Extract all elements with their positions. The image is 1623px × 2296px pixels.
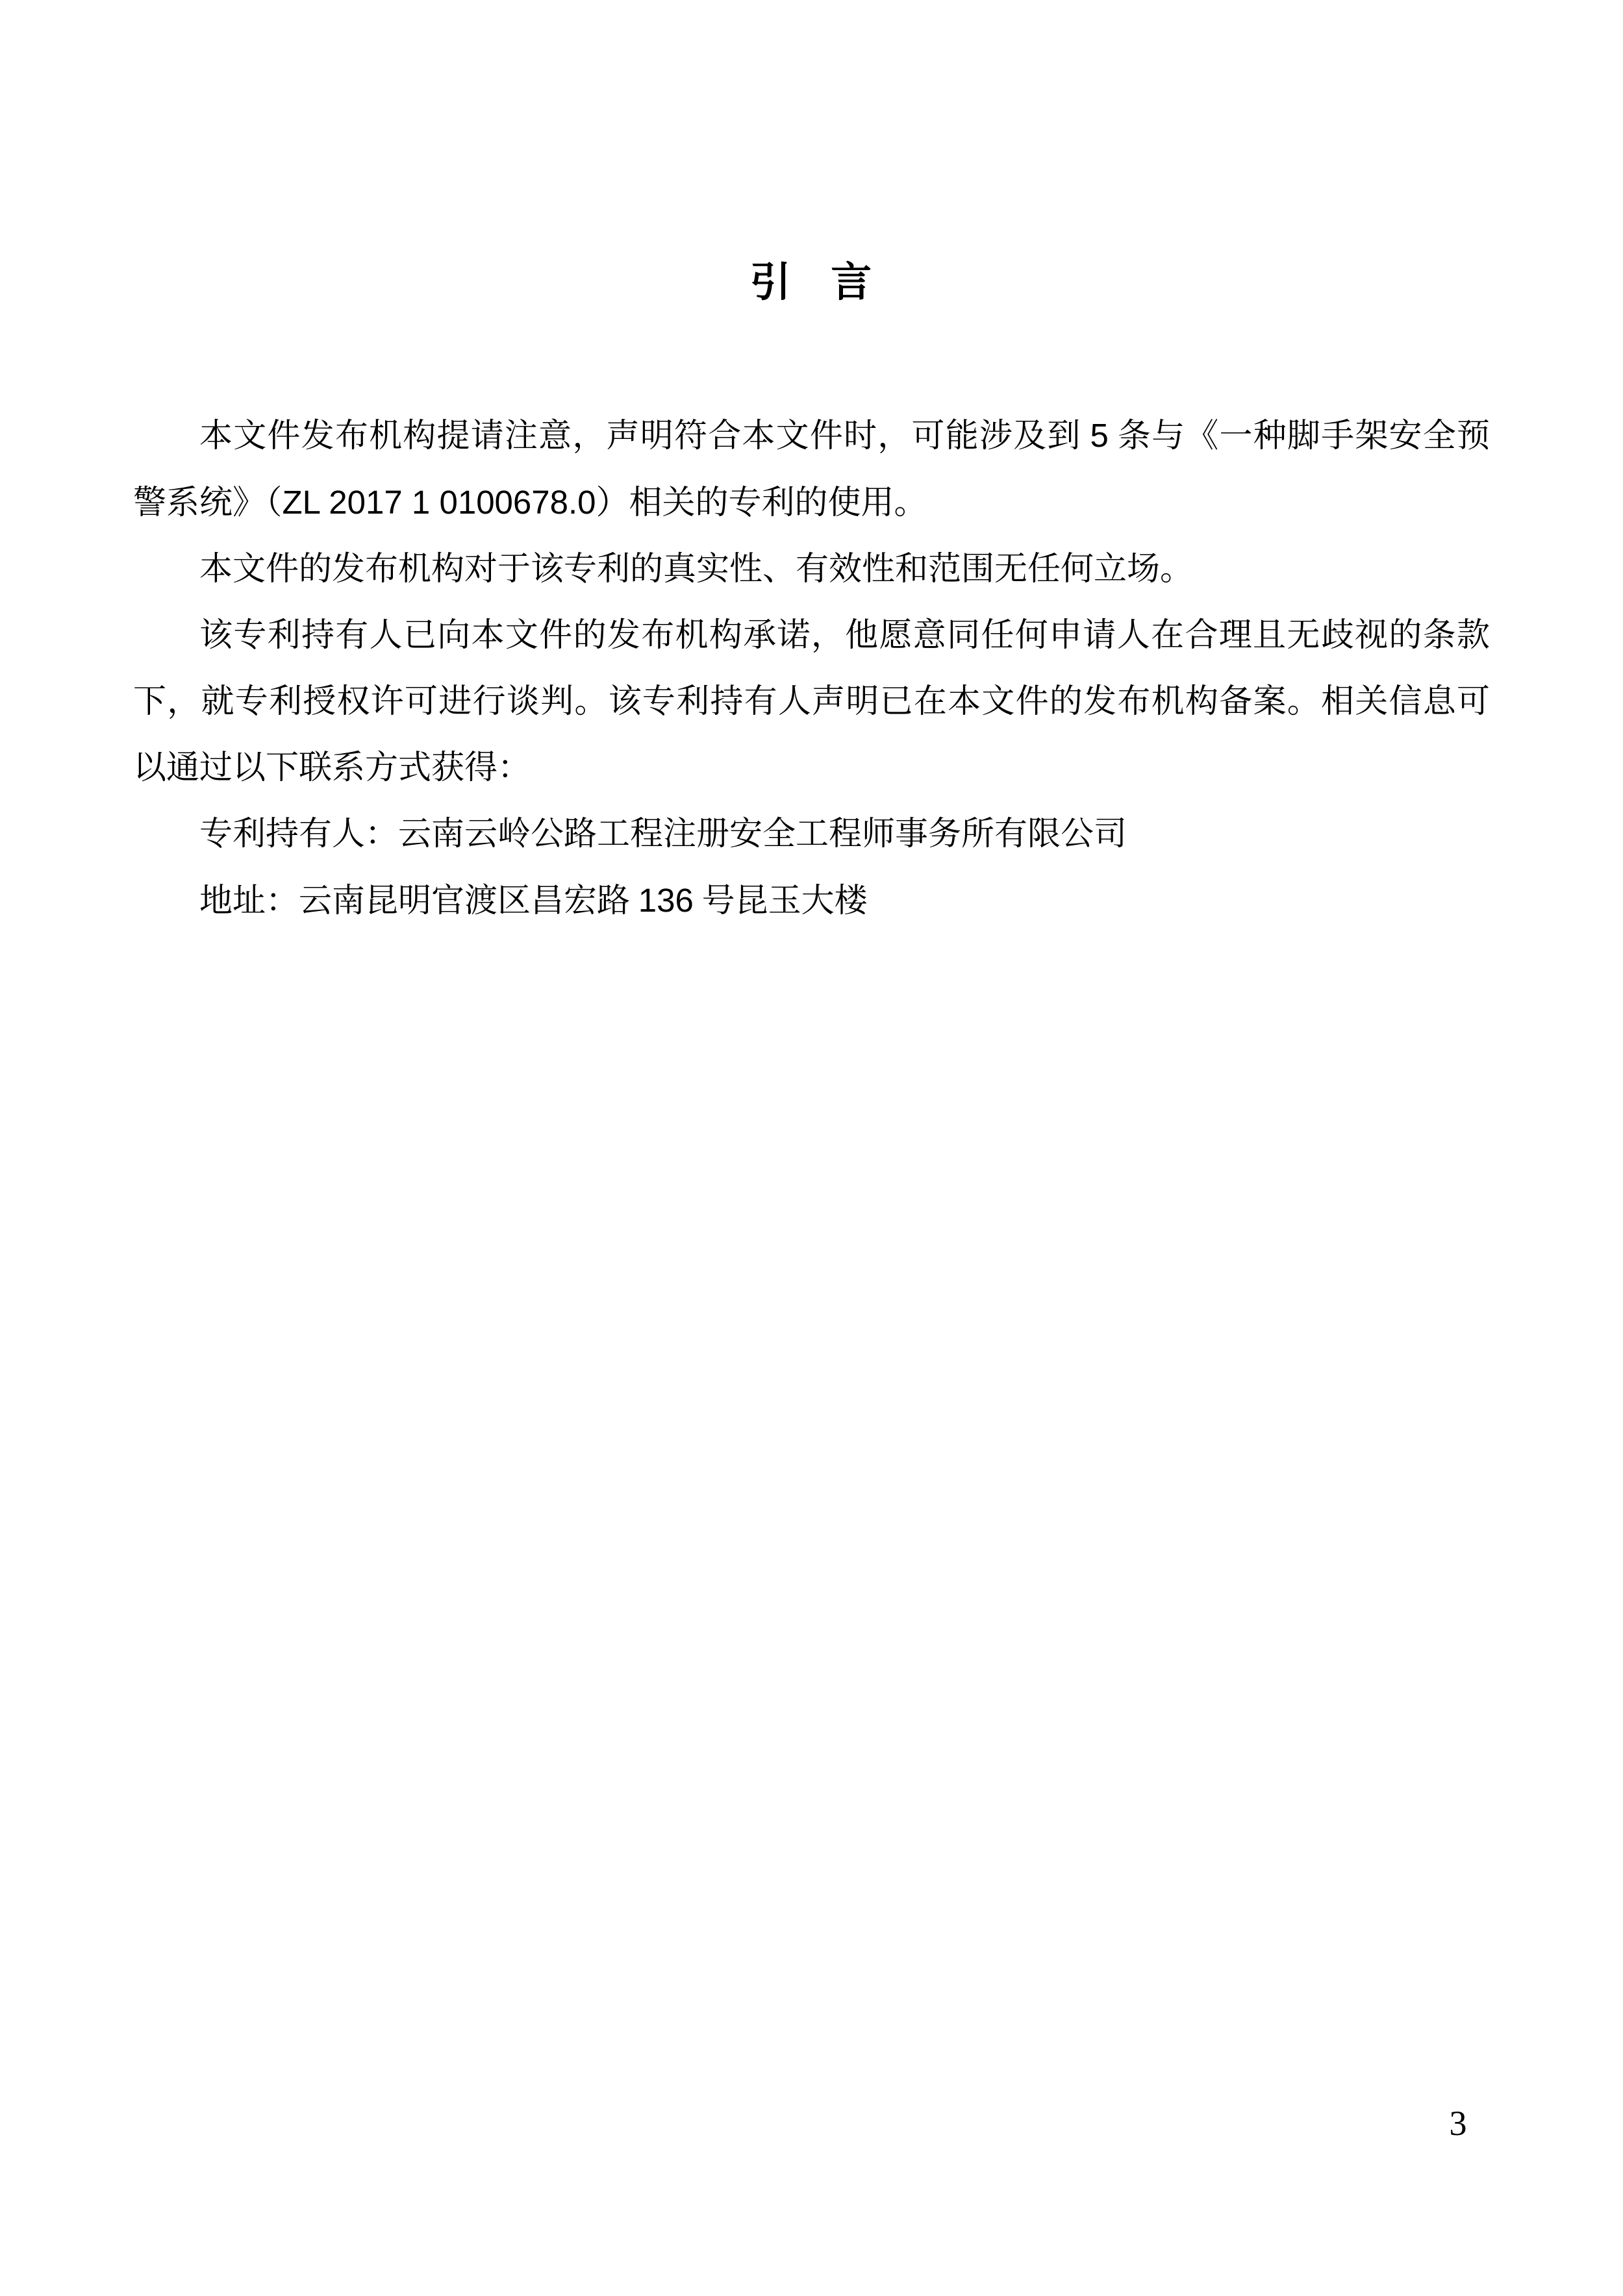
document-page: 引 言 本文件发布机构提请注意，声明符合本文件时，可能涉及到 5 条与《一种脚手…: [0, 0, 1623, 2296]
patent-number: ZL 2017 1 0100678.0: [283, 484, 596, 521]
address-text: 号昆玉大楼: [694, 883, 868, 919]
paragraph-text: 本文件的发布机构对于该专利的真实性、有效性和范围无任何立场。: [199, 551, 1193, 588]
address-street-number: 136: [638, 882, 694, 919]
paragraph-text: ）相关的专利的使用。: [596, 485, 927, 521]
patent-holder-label: 专利持有人：: [199, 816, 398, 853]
paragraph-license-commitment: 该专利持有人已向本文件的发布机构承诺，他愿意同任何申请人在合理且无歧视的条款下，…: [133, 603, 1490, 801]
document-body: 本文件发布机构提请注意，声明符合本文件时，可能涉及到 5 条与《一种脚手架安全预…: [133, 403, 1490, 934]
page-title: 引 言: [0, 258, 1623, 306]
patent-count: 5: [1090, 417, 1109, 454]
paragraph-patent-holder: 专利持有人：云南云岭公路工程注册安全工程师事务所有限公司: [133, 801, 1490, 867]
address-text: 地址：云南昆明官渡区昌宏路: [199, 883, 638, 919]
paragraph-text: 本文件发布机构提请注意，声明符合本文件时，可能涉及到: [199, 418, 1090, 455]
paragraph-text: 该专利持有人已向本文件的发布机构承诺，他愿意同任何申请人在合理且无歧视的条款下，…: [133, 618, 1490, 786]
page-number: 3: [1429, 2103, 1487, 2144]
paragraph-no-position-statement: 本文件的发布机构对于该专利的真实性、有效性和范围无任何立场。: [133, 536, 1490, 603]
paragraph-address: 地址：云南昆明官渡区昌宏路 136 号昆玉大楼: [133, 867, 1490, 934]
patent-holder-name: 云南云岭公路工程注册安全工程师事务所有限公司: [398, 816, 1127, 853]
paragraph-patent-notice: 本文件发布机构提请注意，声明符合本文件时，可能涉及到 5 条与《一种脚手架安全预…: [133, 403, 1490, 536]
